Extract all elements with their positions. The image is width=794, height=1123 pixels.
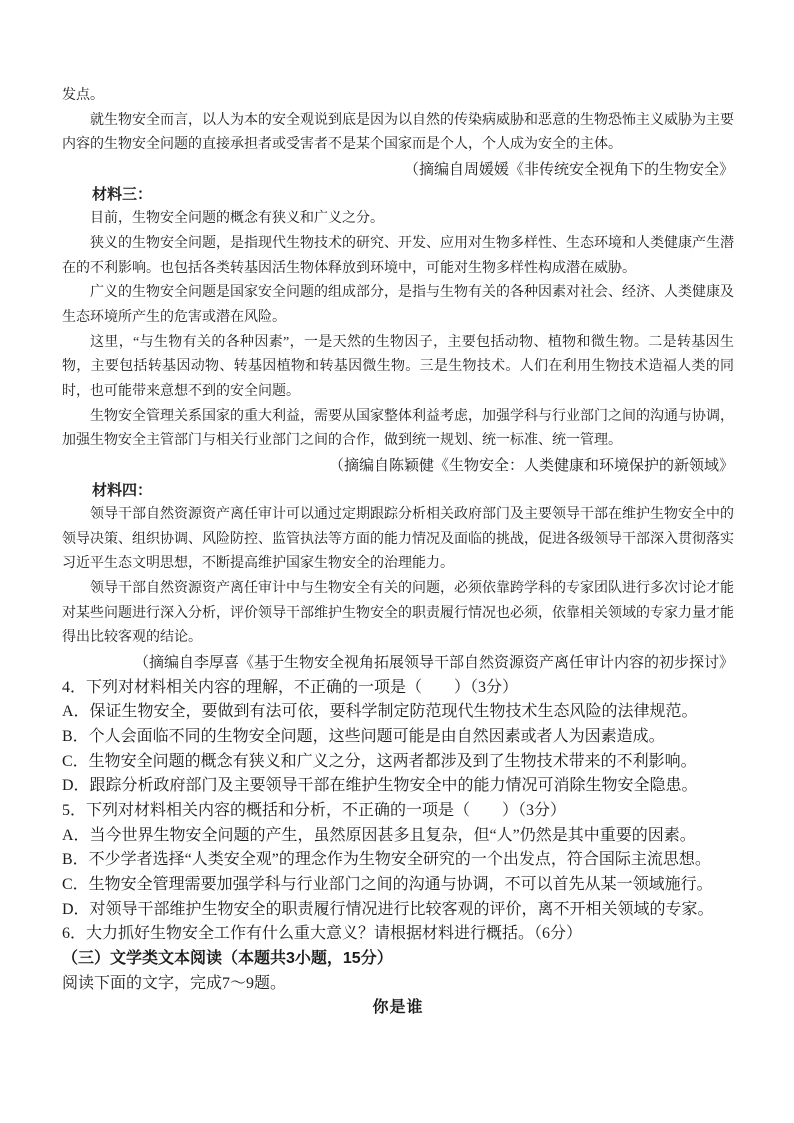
material-two-paragraph: 就生物安全而言，以人为本的安全观说到底是因为以自然的传染病威胁和恶意的生物恐怖主… <box>62 109 734 158</box>
paragraph-continuation: 发点。 <box>62 84 734 109</box>
exam-paper-page: 发点。 就生物安全而言，以人为本的安全观说到底是因为以自然的传染病威胁和恶意的生… <box>0 0 794 1123</box>
section-three-header: （三）文学类文本阅读（本题共3小题，15分） <box>62 947 734 972</box>
question-4-option-c: C．生物安全问题的概念有狭义和广义之分，这两者都涉及到了生物技术带来的不利影响。 <box>62 750 734 775</box>
citation-li-houxi: （摘编自李厚喜《基于生物安全视角拓展领导干部自然资源资产离任审计内容的初步探讨》 <box>62 651 734 676</box>
citation-chen-yingjian: （摘编自陈颖健《生物安全：人类健康和环境保护的新领域》 <box>62 454 734 479</box>
reading-instruction: 阅读下面的文字，完成7～9题。 <box>62 972 734 997</box>
material-four-paragraph-1: 领导干部自然资源资产离任审计可以通过定期跟踪分析相关政府部门及主要领导干部在维护… <box>62 503 734 577</box>
passage-title: 你是谁 <box>62 996 734 1021</box>
question-6-stem: 6．大力抓好生物安全工作有什么重大意义？请根据材料进行概括。（6分） <box>62 922 734 947</box>
citation-zhou-yuanyuan: （摘编自周媛媛《非传统安全视角下的生物安全》 <box>62 158 734 183</box>
material-four-paragraph-2: 领导干部自然资源资产离任审计中与生物安全有关的问题，必须依靠跨学科的专家团队进行… <box>62 577 734 651</box>
question-4-option-d: D．跟踪分析政府部门及主要领导干部在维护生物安全中的能力情况可消除生物安全隐患。 <box>62 774 734 799</box>
material-three-paragraph-1: 目前，生物安全问题的概念有狭义和广义之分。 <box>62 207 734 232</box>
question-5-option-d: D．对领导干部维护生物安全的职责履行情况进行比较客观的评价，离不开相关领域的专家… <box>62 898 734 923</box>
material-three-paragraph-2: 狭义的生物安全问题，是指现代生物技术的研究、开发、应用对生物多样性、生态环境和人… <box>62 232 734 281</box>
question-4-stem: 4．下列对材料相关内容的理解，不正确的一项是（ ）（3分） <box>62 676 734 701</box>
material-four-header: 材料四： <box>62 479 734 504</box>
question-4-option-b: B．个人会面临不同的生物安全问题，这些问题可能是由自然因素或者人为因素造成。 <box>62 725 734 750</box>
material-three-header: 材料三： <box>62 183 734 208</box>
question-5-option-a: A．当今世界生物安全问题的产生，虽然原因甚多且复杂，但“人”仍然是其中重要的因素… <box>62 824 734 849</box>
question-5-option-c: C．生物安全管理需要加强学科与行业部门之间的沟通与协调，不可以首先从某一领域施行… <box>62 873 734 898</box>
material-three-paragraph-5: 生物安全管理关系国家的重大利益，需要从国家整体利益考虑，加强学科与行业部门之间的… <box>62 405 734 454</box>
question-5-stem: 5．下列对材料相关内容的概括和分析，不正确的一项是（ ）（3分） <box>62 799 734 824</box>
question-4-option-a: A．保证生物安全，要做到有法可依，要科学制定防范现代生物技术生态风险的法律规范。 <box>62 700 734 725</box>
material-three-paragraph-3: 广义的生物安全问题是国家安全问题的组成部分，是指与生物有关的各种因素对社会、经济… <box>62 281 734 330</box>
question-5-option-b: B．不少学者选择“人类安全观”的理念作为生物安全研究的一个出发点，符合国际主流思… <box>62 848 734 873</box>
material-three-paragraph-4: 这里，“与生物有关的各种因素”，一是天然的生物因子，主要包括动物、植物和微生物。… <box>62 331 734 405</box>
